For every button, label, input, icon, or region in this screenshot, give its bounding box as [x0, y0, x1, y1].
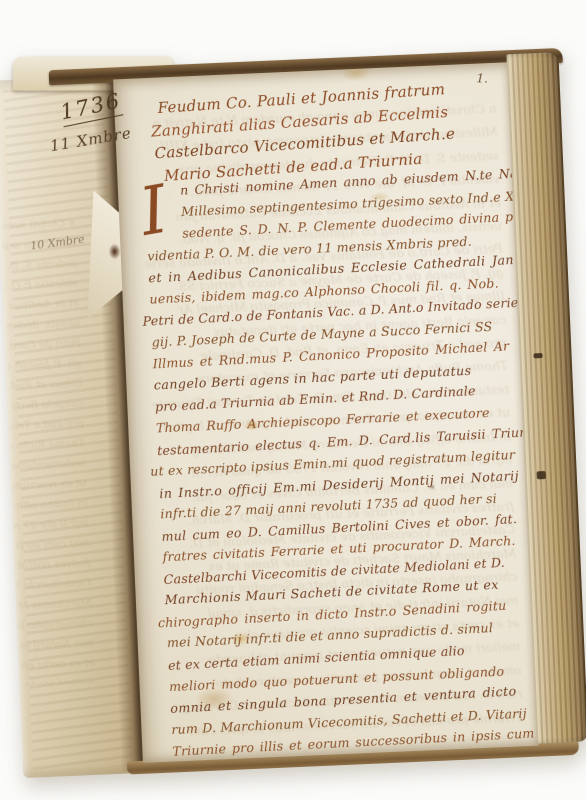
fore-edge-mark: [537, 471, 546, 479]
photo-background: n Christi nomine Amen anno ab eiusdem N.…: [0, 0, 586, 800]
folio-number: 1.: [476, 71, 488, 85]
body-lines: n Christi nomine Amen anno ab eiusdem N.…: [144, 163, 533, 762]
manuscript-book: n Christi nomine Amen anno ab eiusdem N.…: [0, 52, 586, 782]
manuscript-page: n Christi nomine Amen anno ab eiusdem N.…: [113, 62, 538, 763]
fore-edge-mark: [533, 353, 542, 358]
act-body-text: I n Christi nomine Amen anno ab eiusdem …: [144, 163, 533, 762]
